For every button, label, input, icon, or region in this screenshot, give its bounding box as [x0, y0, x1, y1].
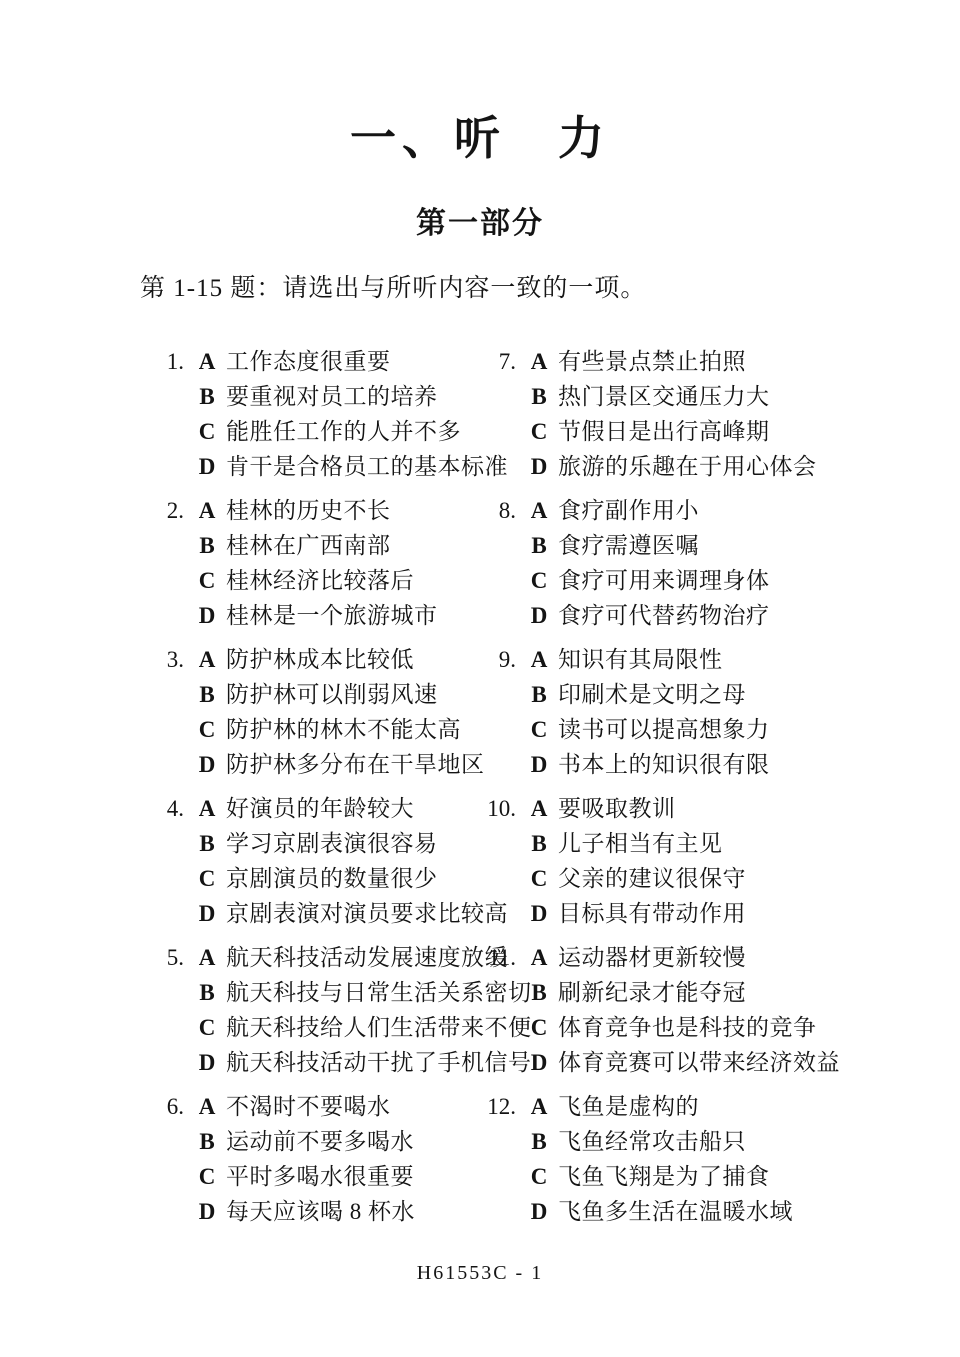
option-letter: C: [526, 563, 552, 598]
option-letter: D: [194, 1045, 220, 1080]
option-letter: C: [526, 712, 552, 747]
option-text: 父亲的建议很保守: [558, 861, 746, 896]
option-text: 防护林的林木不能太高: [226, 712, 461, 747]
option-row: C 飞鱼飞翔是为了捕食: [480, 1159, 812, 1194]
option-row: C 节假日是出行高峰期: [480, 414, 812, 449]
question-number: 9.: [480, 642, 516, 677]
option-letter: C: [526, 861, 552, 896]
option-row: D 京剧表演对演员要求比较高: [148, 896, 480, 931]
exam-page: 一、听 力 第一部分 第 1-15 题：请选出与所听内容一致的一项。 1. A …: [0, 0, 960, 1357]
option-row: B 儿子相当有主见: [480, 826, 812, 861]
section-heading: 第一部分: [0, 198, 960, 242]
option-letter: D: [194, 598, 220, 633]
option-row: 2. A 桂林的历史不长: [148, 493, 480, 528]
option-letter: B: [194, 1124, 220, 1159]
option-letter: B: [194, 677, 220, 712]
option-letter: A: [526, 344, 552, 379]
option-text: 飞鱼经常攻击船只: [558, 1124, 746, 1159]
option-letter: D: [526, 747, 552, 782]
question-8: 8. A 食疗副作用小 B 食疗需遵医嘱 C 食疗可用来调理身体 D 食疗可代替…: [480, 493, 812, 633]
option-letter: D: [194, 896, 220, 931]
option-letter: B: [194, 379, 220, 414]
question-9: 9. A 知识有其局限性 B 印刷术是文明之母 C 读书可以提高想象力 D 书本…: [480, 642, 812, 782]
page-title: 一、听 力: [0, 0, 960, 168]
question-number: 11.: [480, 940, 516, 975]
option-row: 7. A 有些景点禁止拍照: [480, 344, 812, 379]
option-row: C 父亲的建议很保守: [480, 861, 812, 896]
option-letter: B: [526, 826, 552, 861]
option-text: 运动前不要多喝水: [226, 1124, 414, 1159]
option-row: D 体育竞赛可以带来经济效益: [480, 1045, 812, 1080]
questions-area: 1. A 工作态度很重要 B 要重视对员工的培养 C 能胜任工作的人并不多 D …: [0, 344, 960, 1238]
option-row: C 桂林经济比较落后: [148, 563, 480, 598]
question-7: 7. A 有些景点禁止拍照 B 热门景区交通压力大 C 节假日是出行高峰期 D …: [480, 344, 812, 484]
option-letter: D: [194, 449, 220, 484]
option-text: 节假日是出行高峰期: [558, 414, 770, 449]
option-text: 京剧表演对演员要求比较高: [226, 896, 508, 931]
option-text: 食疗可代替药物治疗: [558, 598, 770, 633]
option-row: D 每天应该喝 8 杯水: [148, 1194, 480, 1229]
questions-column-left: 1. A 工作态度很重要 B 要重视对员工的培养 C 能胜任工作的人并不多 D …: [148, 344, 480, 1238]
option-letter: A: [194, 1089, 220, 1124]
option-row: 8. A 食疗副作用小: [480, 493, 812, 528]
option-text: 目标具有带动作用: [558, 896, 746, 931]
option-letter: D: [526, 449, 552, 484]
option-letter: A: [526, 1089, 552, 1124]
option-text: 能胜任工作的人并不多: [226, 414, 461, 449]
option-row: D 防护林多分布在干旱地区: [148, 747, 480, 782]
option-text: 京剧演员的数量很少: [226, 861, 438, 896]
option-text: 平时多喝水很重要: [226, 1159, 414, 1194]
option-text: 防护林可以削弱风速: [226, 677, 438, 712]
option-text: 刷新纪录才能夺冠: [558, 975, 746, 1010]
option-letter: C: [526, 1159, 552, 1194]
option-text: 肯干是合格员工的基本标准: [226, 449, 508, 484]
option-letter: A: [194, 493, 220, 528]
option-row: D 航天科技活动干扰了手机信号: [148, 1045, 480, 1080]
option-letter: C: [194, 712, 220, 747]
option-text: 防护林成本比较低: [226, 642, 414, 677]
option-text: 书本上的知识很有限: [558, 747, 770, 782]
option-row: B 热门景区交通压力大: [480, 379, 812, 414]
option-letter: A: [194, 791, 220, 826]
option-letter: A: [526, 940, 552, 975]
option-letter: B: [526, 528, 552, 563]
option-text: 好演员的年龄较大: [226, 791, 414, 826]
question-number: 2.: [148, 493, 184, 528]
option-text: 体育竞争也是科技的竞争: [558, 1010, 817, 1045]
option-row: B 运动前不要多喝水: [148, 1124, 480, 1159]
option-row: C 防护林的林木不能太高: [148, 712, 480, 747]
option-text: 知识有其局限性: [558, 642, 723, 677]
option-text: 桂林在广西南部: [226, 528, 391, 563]
question-number: 12.: [480, 1089, 516, 1124]
option-letter: D: [526, 1045, 552, 1080]
question-6: 6. A 不渴时不要喝水 B 运动前不要多喝水 C 平时多喝水很重要 D 每天应…: [148, 1089, 480, 1229]
option-row: B 学习京剧表演很容易: [148, 826, 480, 861]
option-letter: A: [194, 642, 220, 677]
option-letter: A: [526, 493, 552, 528]
question-number: 10.: [480, 791, 516, 826]
instruction-text: 第 1-15 题：请选出与所听内容一致的一项。: [140, 268, 960, 304]
option-row: D 飞鱼多生活在温暖水域: [480, 1194, 812, 1229]
option-letter: D: [194, 1194, 220, 1229]
option-row: B 航天科技与日常生活关系密切: [148, 975, 480, 1010]
questions-column-right: 7. A 有些景点禁止拍照 B 热门景区交通压力大 C 节假日是出行高峰期 D …: [480, 344, 812, 1238]
option-row: C 平时多喝水很重要: [148, 1159, 480, 1194]
option-text: 学习京剧表演很容易: [226, 826, 438, 861]
option-letter: B: [194, 975, 220, 1010]
question-number: 7.: [480, 344, 516, 379]
option-letter: C: [194, 1159, 220, 1194]
option-row: D 旅游的乐趣在于用心体会: [480, 449, 812, 484]
option-text: 要重视对员工的培养: [226, 379, 438, 414]
option-text: 每天应该喝 8 杯水: [226, 1194, 415, 1229]
option-text: 飞鱼是虚构的: [558, 1089, 699, 1124]
option-text: 不渴时不要喝水: [226, 1089, 391, 1124]
question-number: 1.: [148, 344, 184, 379]
option-row: 12. A 飞鱼是虚构的: [480, 1089, 812, 1124]
option-letter: D: [526, 598, 552, 633]
option-letter: C: [526, 1010, 552, 1045]
option-letter: D: [526, 1194, 552, 1229]
option-text: 防护林多分布在干旱地区: [226, 747, 485, 782]
option-letter: B: [194, 826, 220, 861]
option-letter: B: [526, 677, 552, 712]
option-row: C 食疗可用来调理身体: [480, 563, 812, 598]
option-letter: B: [526, 1124, 552, 1159]
option-text: 旅游的乐趣在于用心体会: [558, 449, 817, 484]
option-text: 工作态度很重要: [226, 344, 391, 379]
option-row: C 能胜任工作的人并不多: [148, 414, 480, 449]
option-text: 体育竞赛可以带来经济效益: [558, 1045, 840, 1080]
question-3: 3. A 防护林成本比较低 B 防护林可以削弱风速 C 防护林的林木不能太高 D…: [148, 642, 480, 782]
question-1: 1. A 工作态度很重要 B 要重视对员工的培养 C 能胜任工作的人并不多 D …: [148, 344, 480, 484]
question-number: 3.: [148, 642, 184, 677]
option-text: 食疗副作用小: [558, 493, 699, 528]
option-text: 儿子相当有主见: [558, 826, 723, 861]
option-row: D 书本上的知识很有限: [480, 747, 812, 782]
option-row: 3. A 防护林成本比较低: [148, 642, 480, 677]
option-row: B 防护林可以削弱风速: [148, 677, 480, 712]
option-text: 桂林经济比较落后: [226, 563, 414, 598]
option-row: D 肯干是合格员工的基本标准: [148, 449, 480, 484]
option-text: 热门景区交通压力大: [558, 379, 770, 414]
option-letter: B: [194, 528, 220, 563]
option-row: C 体育竞争也是科技的竞争: [480, 1010, 812, 1045]
option-letter: B: [526, 975, 552, 1010]
option-letter: D: [194, 747, 220, 782]
option-letter: A: [526, 791, 552, 826]
option-letter: B: [526, 379, 552, 414]
question-number: 8.: [480, 493, 516, 528]
option-row: D 食疗可代替药物治疗: [480, 598, 812, 633]
option-row: C 京剧演员的数量很少: [148, 861, 480, 896]
option-row: B 印刷术是文明之母: [480, 677, 812, 712]
option-text: 桂林是一个旅游城市: [226, 598, 438, 633]
option-text: 运动器材更新较慢: [558, 940, 746, 975]
option-row: B 刷新纪录才能夺冠: [480, 975, 812, 1010]
option-row: 11. A 运动器材更新较慢: [480, 940, 812, 975]
option-text: 有些景点禁止拍照: [558, 344, 746, 379]
option-row: 9. A 知识有其局限性: [480, 642, 812, 677]
option-text: 印刷术是文明之母: [558, 677, 746, 712]
option-row: 5. A 航天科技活动发展速度放缓: [148, 940, 480, 975]
option-text: 航天科技活动发展速度放缓: [226, 940, 508, 975]
question-number: 4.: [148, 791, 184, 826]
option-letter: A: [194, 344, 220, 379]
option-text: 飞鱼飞翔是为了捕食: [558, 1159, 770, 1194]
option-row: C 航天科技给人们生活带来不便: [148, 1010, 480, 1045]
option-letter: C: [194, 861, 220, 896]
option-letter: C: [526, 414, 552, 449]
option-letter: A: [526, 642, 552, 677]
option-row: B 要重视对员工的培养: [148, 379, 480, 414]
question-4: 4. A 好演员的年龄较大 B 学习京剧表演很容易 C 京剧演员的数量很少 D …: [148, 791, 480, 931]
question-11: 11. A 运动器材更新较慢 B 刷新纪录才能夺冠 C 体育竞争也是科技的竞争 …: [480, 940, 812, 1080]
option-text: 食疗需遵医嘱: [558, 528, 699, 563]
option-letter: C: [194, 414, 220, 449]
option-row: B 桂林在广西南部: [148, 528, 480, 563]
question-number: 5.: [148, 940, 184, 975]
option-row: B 飞鱼经常攻击船只: [480, 1124, 812, 1159]
option-row: D 目标具有带动作用: [480, 896, 812, 931]
option-text: 桂林的历史不长: [226, 493, 391, 528]
question-5: 5. A 航天科技活动发展速度放缓 B 航天科技与日常生活关系密切 C 航天科技…: [148, 940, 480, 1080]
option-row: 4. A 好演员的年龄较大: [148, 791, 480, 826]
footer-page-code: H61553C - 1: [0, 1262, 960, 1285]
option-letter: C: [194, 563, 220, 598]
option-letter: D: [526, 896, 552, 931]
option-letter: C: [194, 1010, 220, 1045]
option-text: 飞鱼多生活在温暖水域: [558, 1194, 793, 1229]
question-10: 10. A 要吸取教训 B 儿子相当有主见 C 父亲的建议很保守 D 目标具有带…: [480, 791, 812, 931]
option-letter: A: [194, 940, 220, 975]
question-2: 2. A 桂林的历史不长 B 桂林在广西南部 C 桂林经济比较落后 D 桂林是一…: [148, 493, 480, 633]
option-text: 要吸取教训: [558, 791, 676, 826]
option-row: 6. A 不渴时不要喝水: [148, 1089, 480, 1124]
option-row: B 食疗需遵医嘱: [480, 528, 812, 563]
option-row: D 桂林是一个旅游城市: [148, 598, 480, 633]
option-row: C 读书可以提高想象力: [480, 712, 812, 747]
option-row: 1. A 工作态度很重要: [148, 344, 480, 379]
question-number: 6.: [148, 1089, 184, 1124]
option-text: 读书可以提高想象力: [558, 712, 770, 747]
question-12: 12. A 飞鱼是虚构的 B 飞鱼经常攻击船只 C 飞鱼飞翔是为了捕食 D 飞鱼…: [480, 1089, 812, 1229]
option-text: 食疗可用来调理身体: [558, 563, 770, 598]
option-row: 10. A 要吸取教训: [480, 791, 812, 826]
